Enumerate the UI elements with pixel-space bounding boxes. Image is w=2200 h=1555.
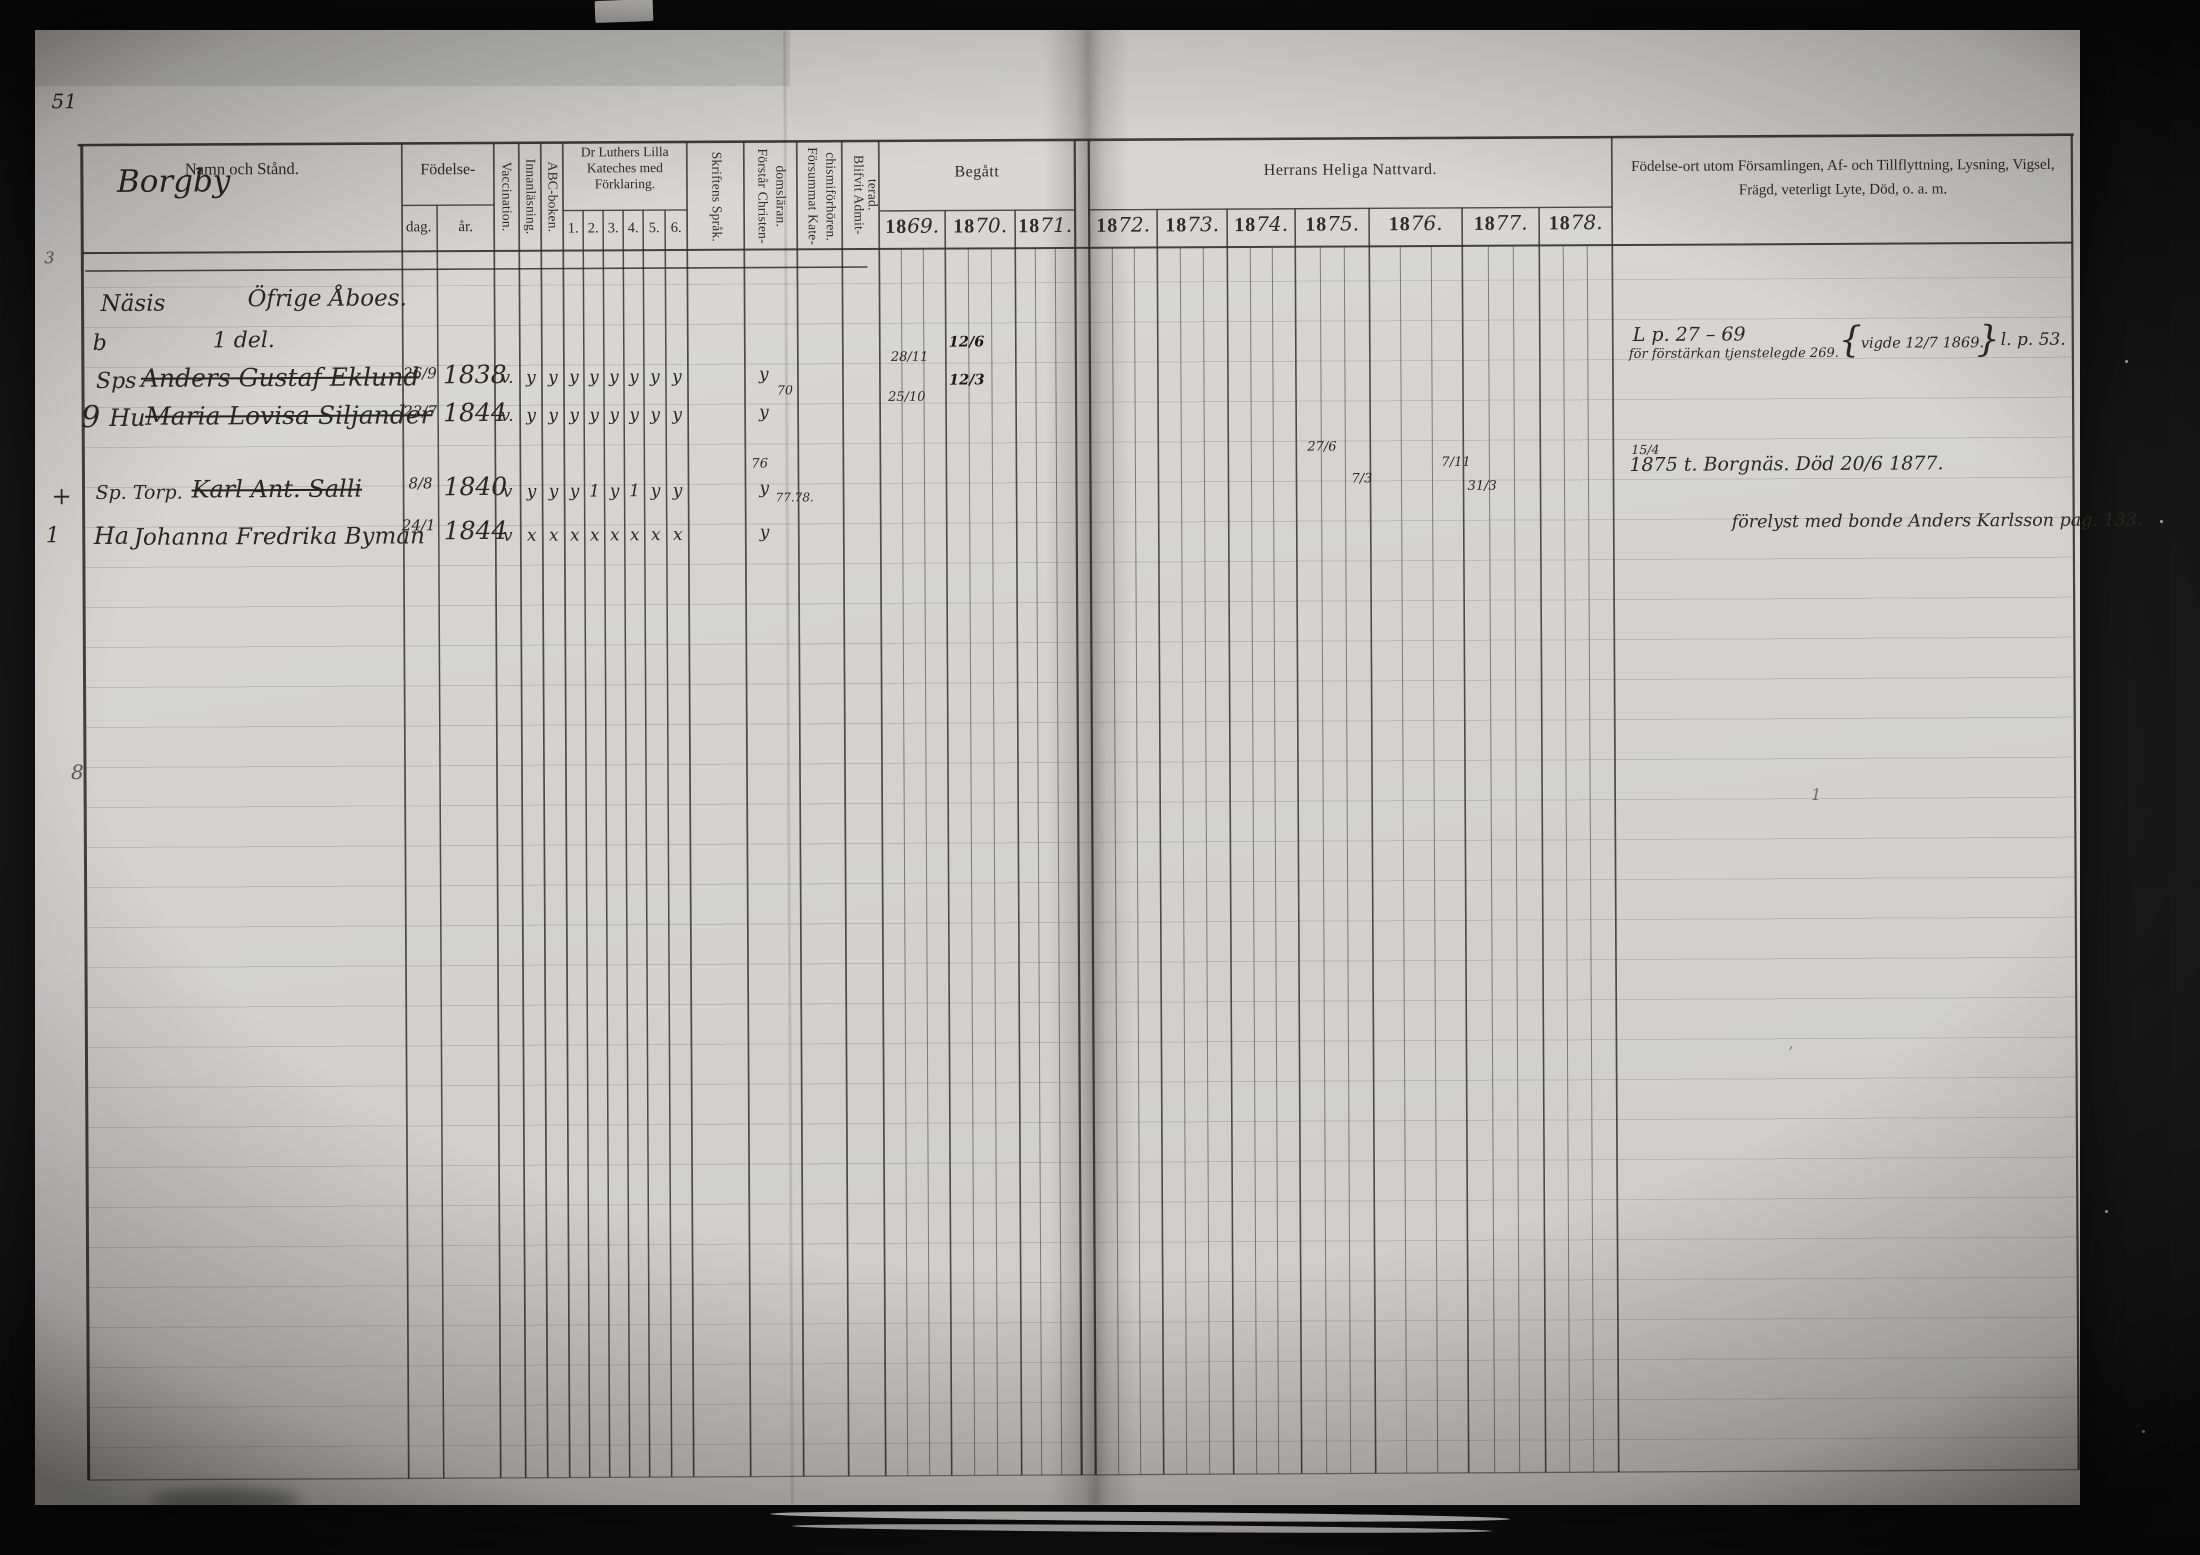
photo-vignette xyxy=(0,0,2200,1555)
photograph-of-parish-register: 51 Namn och Stånd. Födelse- dag. år. Vac… xyxy=(0,0,2200,1555)
